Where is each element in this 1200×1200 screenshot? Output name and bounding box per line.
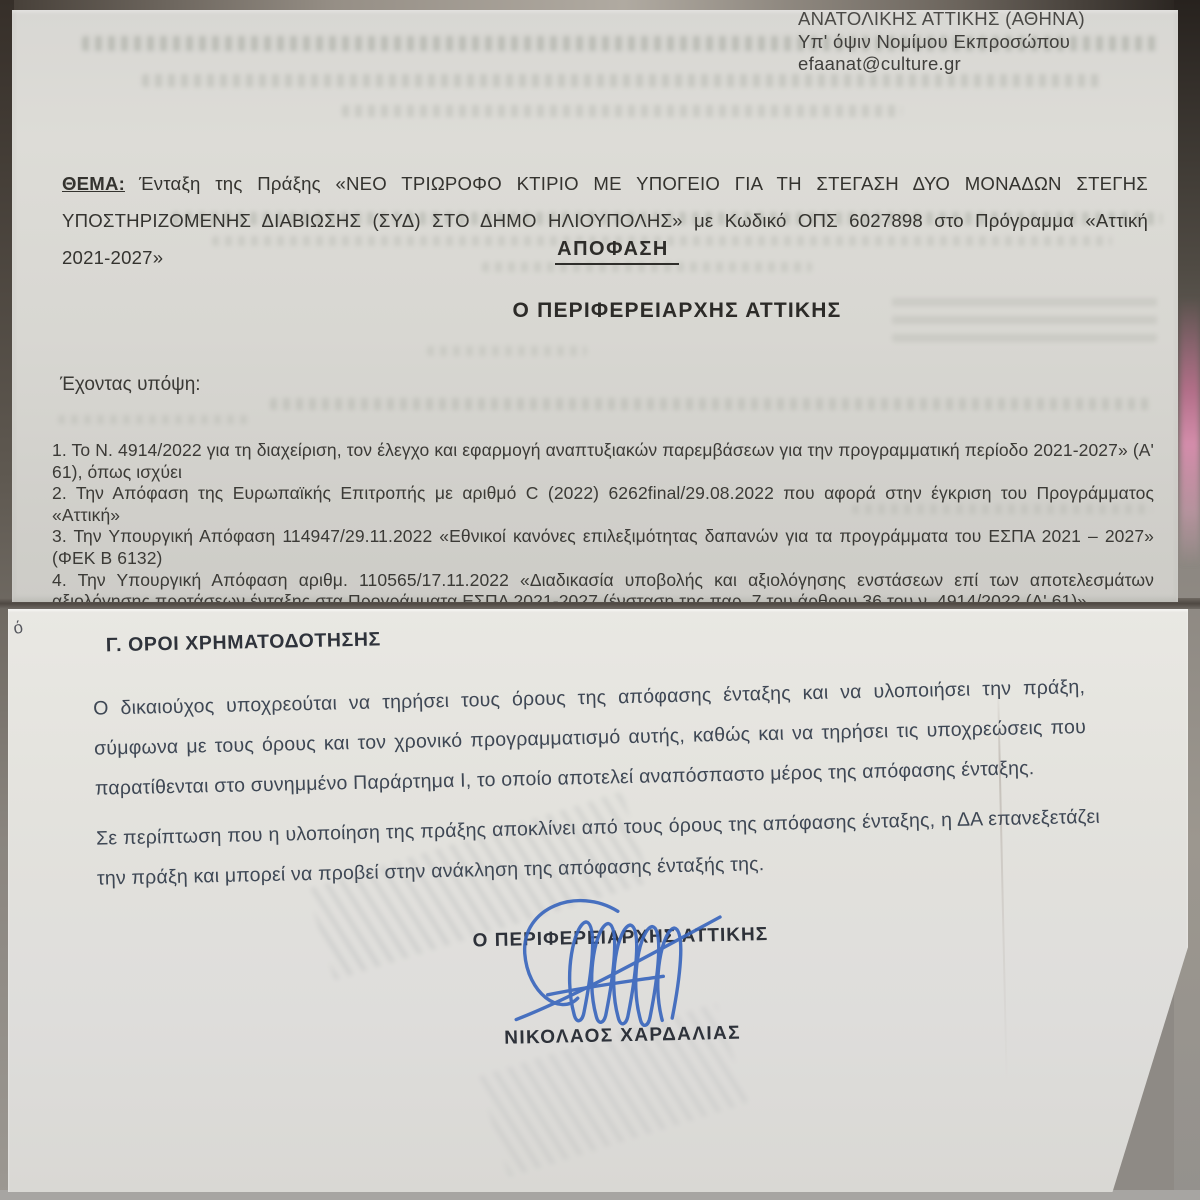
consideration-item-4: 4. Την Υπουργική Απόφαση αριθμ. 110565/1… [52,570,1154,602]
decision-heading-text: ΑΠΟΦΑΣΗ [555,238,679,265]
considerations-list: 1. Το Ν. 4914/2022 για τη διαχείριση, το… [52,440,1154,602]
consideration-item-2: 2. Την Απόφαση της Ευρωπαϊκής Επιτροπής … [52,483,1154,526]
recipient-line2: Υπ' όψιν Νομίμου Εκπροσώπου [798,31,1085,54]
recipient-line1: ΑΝΑΤΟΛΙΚΗΣ ΑΤΤΙΚΗΣ (ΑΘΗΝΑ) [798,10,1085,31]
bleedthrough-smudge [58,415,248,424]
decision-page-bottom: ό Γ. ΟΡΟΙ ΧΡΗΜΑΤΟΔΟΤΗΣΗΣ Ο δικαιούχος υπ… [8,609,1188,1192]
pink-edge-glow [1180,296,1200,566]
signature-scribble [499,891,734,1042]
decision-page-top: ΑΝΑΤΟΛΙΚΗΣ ΑΤΤΙΚΗΣ (ΑΘΗΝΑ) Υπ' όψιν Νομί… [12,10,1178,602]
consideration-item-3: 3. Την Υπουργική Απόφαση 114947/29.11.20… [52,526,1154,569]
bleedthrough-smudge [270,398,1150,410]
recipient-block: ΑΝΑΤΟΛΙΚΗΣ ΑΤΤΙΚΗΣ (ΑΘΗΝΑ) Υπ' όψιν Νομί… [798,10,1085,76]
scanned-document-photo: { "top_page": { "recipient": { "line1": … [0,0,1200,1200]
authority-heading-text: Ο ΠΕΡΙΦΕΡΕΙΑΡΧΗΣ ΑΤΤΙΚΗΣ [513,299,842,323]
funding-terms-paragraph-1: Ο δικαιούχος υποχρεούται να τηρήσει τους… [93,667,1087,809]
authority-heading: Ο ΠΕΡΙΦΕΡΕΙΑΡΧΗΣ ΑΤΤΙΚΗΣ [12,299,1178,323]
recipient-email: efaanat@culture.gr [798,53,1085,76]
bottom-page-content: ό Γ. ΟΡΟΙ ΧΡΗΜΑΤΟΔΟΤΗΣΗΣ Ο δικαιούχος υπ… [8,609,1188,1192]
consideration-item-1: 1. Το Ν. 4914/2022 για τη διαχείριση, το… [52,440,1154,483]
handwritten-margin-mark: ό [12,618,25,639]
bleedthrough-smudge [427,346,587,356]
bleedthrough-smudge [142,74,1102,87]
decision-heading: ΑΠΟΦΑΣΗ [12,238,1178,265]
subject-label: ΘΕΜΑ: [62,173,125,194]
preamble-text: Έχοντας υπόψη: [60,374,201,396]
bleedthrough-smudge [342,105,902,117]
section-heading: Γ. ΟΡΟΙ ΧΡΗΜΑΤΟΔΟΤΗΣΗΣ [106,628,381,657]
